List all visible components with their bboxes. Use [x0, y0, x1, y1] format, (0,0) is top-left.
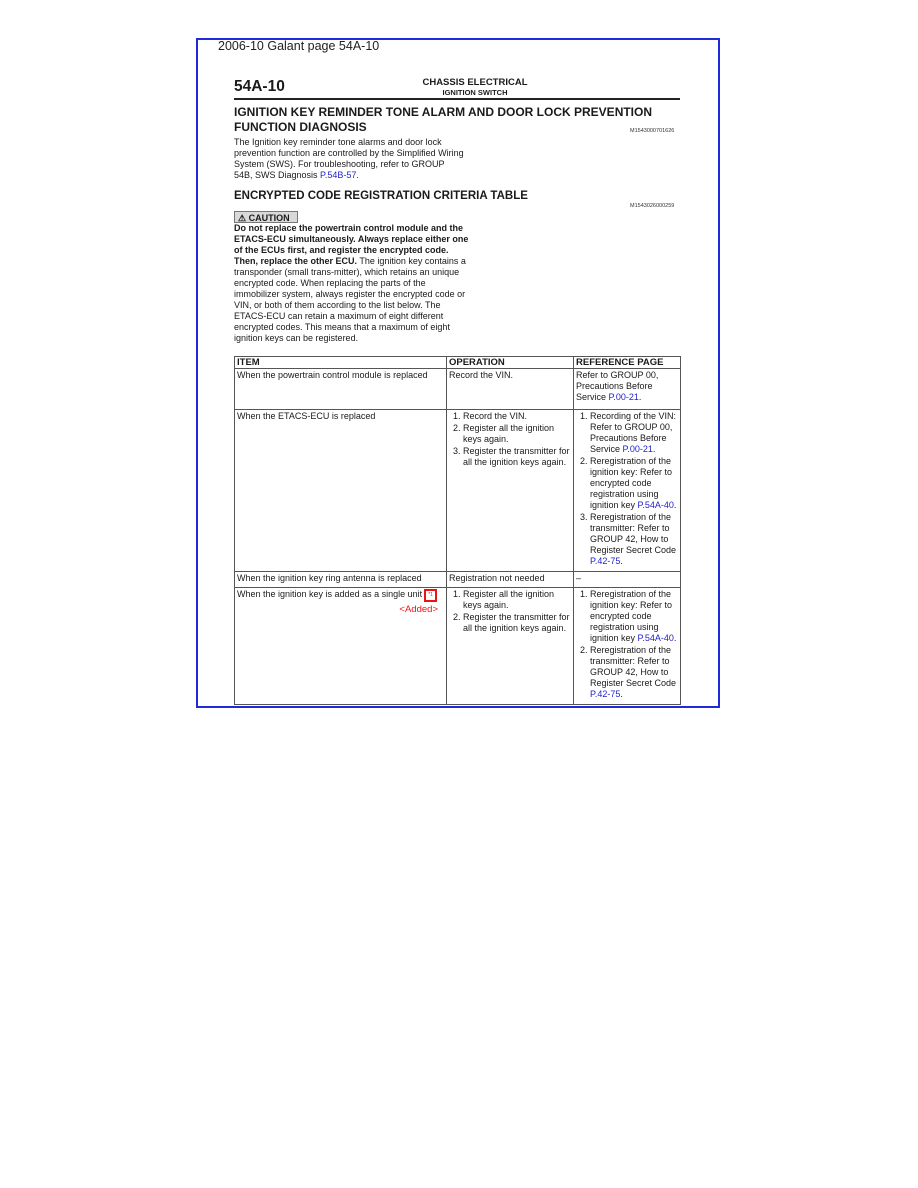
caution-body: Do not replace the powertrain control mo… [234, 223, 470, 344]
doc-id-1: M1543000701626 [630, 128, 674, 134]
table-row: When the ignition key ring antenna is re… [235, 572, 681, 588]
page-number: 54A-10 [234, 78, 285, 96]
cell-operation: Record the VIN. [447, 369, 574, 410]
added-marker: *1 [424, 589, 437, 602]
criteria-table: ITEM OPERATION REFERENCE PAGE When the p… [234, 356, 681, 705]
header-reference: REFERENCE PAGE [574, 357, 681, 369]
header-operation: OPERATION [447, 357, 574, 369]
link-p42-75[interactable]: P.42-75 [590, 689, 620, 699]
link-p00-21[interactable]: P.00-21 [623, 444, 653, 454]
section-header: CHASSIS ELECTRICAL IGNITION SWITCH [380, 77, 570, 97]
cell-reference: – [574, 572, 681, 588]
cell-operation: Registration not needed [447, 572, 574, 588]
header-item: ITEM [235, 357, 447, 369]
cell-operation: Register all the ignition keys again. Re… [447, 588, 574, 705]
section-title: CHASSIS ELECTRICAL [380, 77, 570, 88]
link-p54b-57[interactable]: P.54B-57 [320, 170, 356, 180]
diagnosis-title: IGNITION KEY REMINDER TONE ALARM AND DOO… [234, 105, 684, 134]
caution-text: The ignition key contains a transponder … [234, 256, 466, 343]
cell-item: When the powertrain control module is re… [235, 369, 447, 410]
table-row: When the ignition key is added as a sing… [235, 588, 681, 705]
added-label: <Added> [237, 604, 444, 615]
link-p54a-40[interactable]: P.54A-40 [638, 500, 674, 510]
link-p00-21[interactable]: P.00-21 [609, 392, 639, 402]
diagnosis-body: The Ignition key reminder tone alarms an… [234, 137, 464, 181]
cell-item: When the ignition key ring antenna is re… [235, 572, 447, 588]
link-p54a-40[interactable]: P.54A-40 [638, 633, 674, 643]
caution-badge: ⚠ CAUTION [234, 211, 298, 223]
page-caption: 2006-10 Galant page 54A-10 [218, 39, 379, 53]
table-header-row: ITEM OPERATION REFERENCE PAGE [235, 357, 681, 369]
subsection-title: IGNITION SWITCH [380, 88, 570, 97]
table-row: When the powertrain control module is re… [235, 369, 681, 410]
cell-reference: Recording of the VIN: Refer to GROUP 00,… [574, 410, 681, 572]
criteria-table-title: ENCRYPTED CODE REGISTRATION CRITERIA TAB… [234, 190, 528, 202]
table-row: When the ETACS-ECU is replaced Record th… [235, 410, 681, 572]
doc-id-2: M1543026000259 [630, 203, 674, 209]
cell-operation: Record the VIN. Register all the ignitio… [447, 410, 574, 572]
cell-item: When the ignition key is added as a sing… [235, 588, 447, 705]
link-p42-75[interactable]: P.42-75 [590, 556, 620, 566]
cell-item: When the ETACS-ECU is replaced [235, 410, 447, 572]
header-rule [234, 98, 680, 100]
cell-reference: Reregistration of the ignition key: Refe… [574, 588, 681, 705]
cell-reference: Refer to GROUP 00, Precautions Before Se… [574, 369, 681, 410]
